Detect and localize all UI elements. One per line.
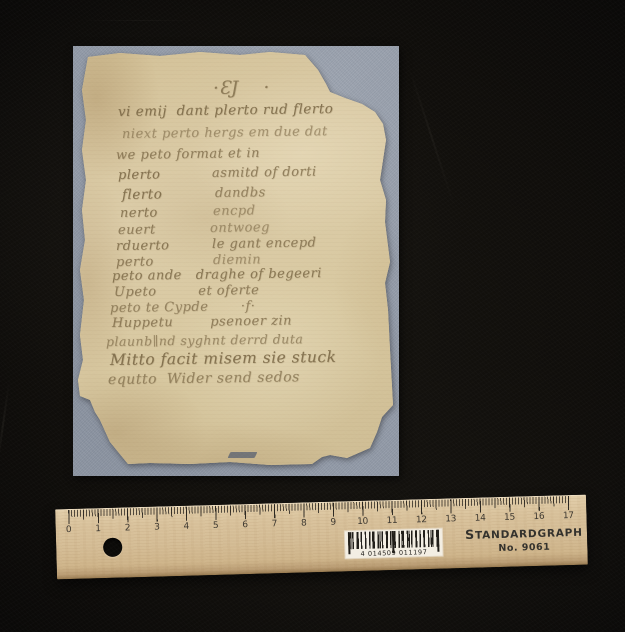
ruler-number: 2 [125, 523, 131, 533]
manuscript-line: le gant encepd [212, 237, 317, 251]
manuscript-line: niext perto hergs em due dat [122, 125, 328, 141]
ruler-model: No. 9061 [448, 540, 600, 555]
ruler-number: 12 [416, 515, 427, 525]
manuscript-line: encpd [213, 204, 256, 218]
manuscript-line: plaunb∥nd syghnt derrd duta [106, 333, 303, 348]
ruler-number: 1 [95, 524, 101, 534]
manuscript-line: diemin [213, 253, 261, 267]
ruler-cm-ticks [68, 496, 570, 524]
manuscript-line: ·ƐJ · [213, 79, 270, 98]
ink-smudge-mark [228, 452, 258, 458]
ruler-number: 10 [357, 517, 368, 527]
ruler-number: 4 [183, 522, 189, 532]
manuscript-line: asmitd of dorti [212, 166, 317, 180]
manuscript-line: nerto [120, 206, 158, 220]
ruler-number: 8 [301, 518, 307, 528]
ruler-number: 6 [242, 520, 248, 530]
manuscript-line: plerto [118, 168, 161, 182]
manuscript-line: equtto Wider send sedos [108, 370, 300, 387]
ruler-number: 16 [533, 512, 544, 522]
photo-background: ·ƐJ ·vi emij dant plerto rud flertoniext… [0, 0, 625, 632]
fabric-crease [80, 20, 200, 21]
ruler-number: 5 [213, 521, 219, 531]
ruler-number: 3 [154, 523, 160, 533]
ruler: 01234567891011121314151617 4 014509 0111… [55, 495, 588, 580]
manuscript-line: vi emij dant plerto rud flerto [118, 103, 334, 120]
ruler-hanging-hole [103, 538, 123, 558]
ruler-number: 11 [386, 516, 397, 526]
ruler-number: 7 [272, 519, 278, 529]
ruler-number: 15 [504, 513, 515, 523]
barcode-digits: 4 014509 011197 [345, 548, 442, 559]
manuscript-line: we peto format et in [116, 147, 260, 162]
ruler-number: 0 [66, 525, 72, 535]
manuscript-line: peto ande draghe of begeeri [112, 267, 322, 283]
ruler-number: 9 [330, 518, 336, 528]
manuscript-line: peto te Cypde ·f· [110, 300, 256, 315]
ruler-brand-box: STANDARDGRAPH No. 9061 [448, 523, 601, 555]
manuscript-line: Upeto et oferte [114, 284, 259, 299]
manuscript-line: Huppetu psenoer zin [112, 314, 292, 330]
ruler-number: 14 [475, 513, 486, 523]
fabric-crease [407, 63, 455, 206]
manuscript-line: perto [116, 255, 154, 269]
manuscript-line: ontwoeg [210, 221, 270, 235]
fabric-crease [0, 380, 10, 469]
ruler-number: 17 [563, 511, 574, 521]
barcode: 4 014509 011197 [345, 529, 443, 559]
parchment-wrap: ·ƐJ ·vi emij dant plerto rud flertoniext… [77, 46, 399, 476]
manuscript-line: rduerto [116, 239, 170, 253]
manuscript-line: Mitto facit misem sie stuck [110, 350, 337, 369]
manuscript-line: euert [118, 223, 156, 237]
ruler-brand: STANDARDGRAPH [448, 523, 600, 542]
parchment: ·ƐJ ·vi emij dant plerto rud flertoniext… [77, 46, 399, 476]
ruler-number: 13 [445, 514, 456, 524]
manuscript-line: dandbs [215, 186, 266, 200]
manuscript-line: flerto [122, 188, 162, 202]
